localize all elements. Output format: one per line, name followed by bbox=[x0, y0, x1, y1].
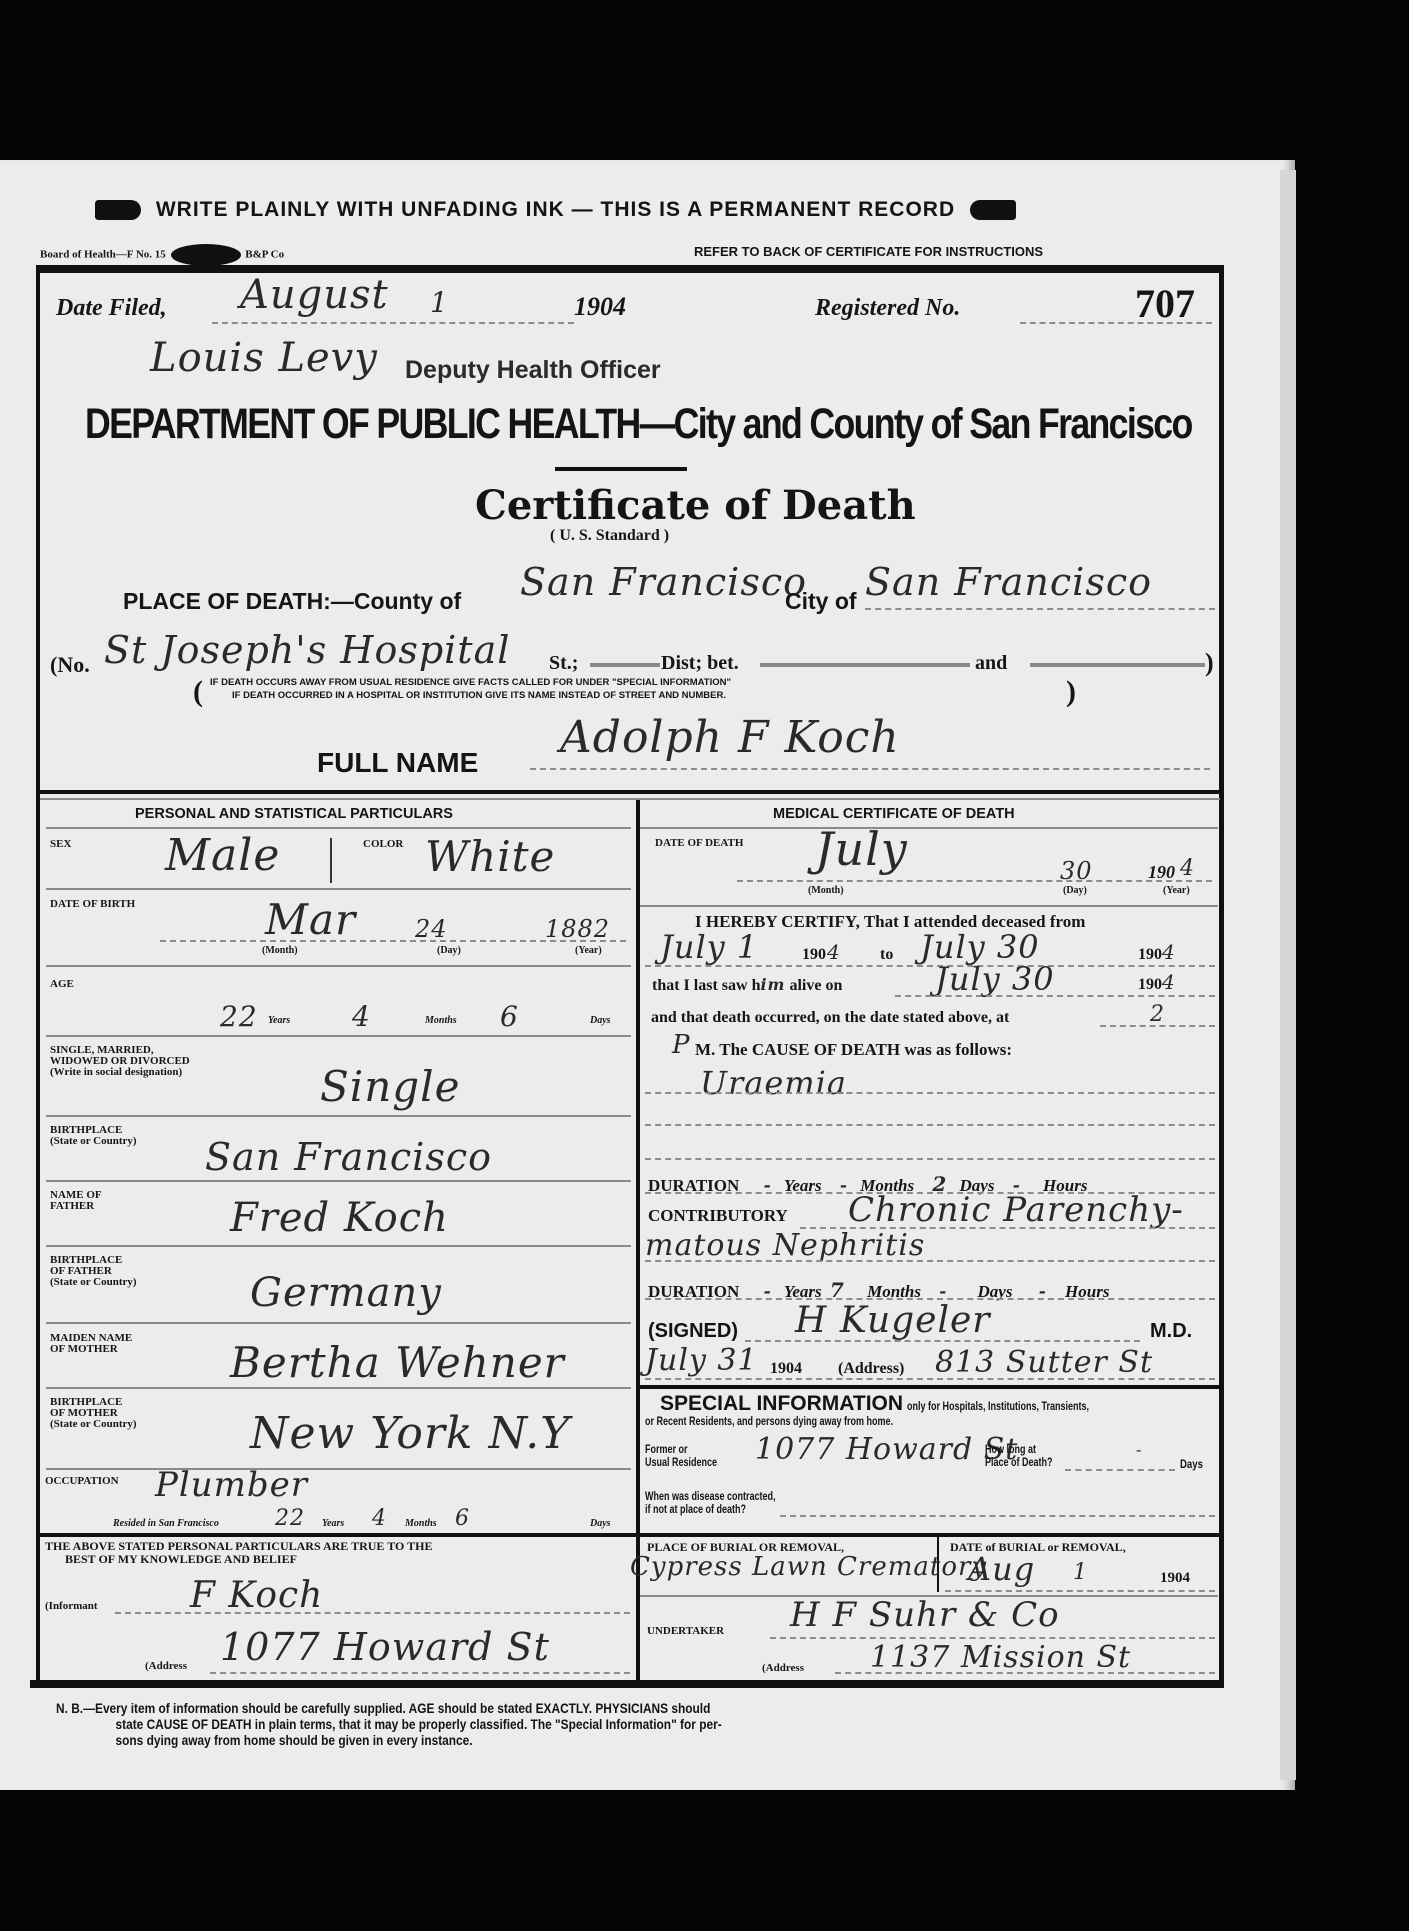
father-label-2: FATHER bbox=[50, 1201, 102, 1212]
dob-line bbox=[160, 940, 626, 942]
signed-by: H Kugeler bbox=[795, 1300, 991, 1341]
registered-number: 707 bbox=[1135, 280, 1195, 327]
how-long-days: Days bbox=[1180, 1457, 1203, 1471]
father-bp-label-3: (State or Country) bbox=[50, 1277, 137, 1288]
frame-left bbox=[36, 265, 40, 1685]
date-filed-month: August bbox=[240, 272, 389, 318]
mother-birthplace-value: New York N.Y bbox=[250, 1408, 570, 1459]
dod-month: July bbox=[815, 822, 908, 876]
from-year-suffix: 4 bbox=[827, 940, 841, 964]
footnote-line-1: N. B.—Every item of information should b… bbox=[56, 1700, 722, 1716]
note-close-paren: ) bbox=[1066, 675, 1076, 709]
street-line bbox=[590, 663, 660, 667]
last-saw-line bbox=[895, 995, 1215, 997]
medical-end-rule bbox=[640, 1385, 1222, 1389]
personal-heading: PERSONAL AND STATISTICAL PARTICULARS bbox=[135, 806, 453, 822]
row-line bbox=[46, 1322, 631, 1324]
physician-line bbox=[645, 1378, 1215, 1380]
last-saw-text: that I last saw h bbox=[652, 977, 760, 994]
row-line bbox=[46, 888, 631, 890]
contracted-label: When was disease contracted, if not at p… bbox=[645, 1490, 776, 1516]
dob-label: DATE OF BIRTH bbox=[50, 898, 135, 910]
mother-label-2: OF MOTHER bbox=[50, 1344, 132, 1355]
date-filed-day: 1 bbox=[430, 286, 449, 319]
row-line bbox=[46, 1245, 631, 1247]
attestation: THE ABOVE STATED PERSONAL PARTICULARS AR… bbox=[45, 1540, 432, 1566]
dob-day-caption: (Day) bbox=[437, 945, 461, 956]
sex-color-divider bbox=[330, 838, 332, 883]
informant-line bbox=[115, 1612, 630, 1614]
registered-label: Registered No. bbox=[815, 295, 960, 322]
residence-label-2: Usual Residence bbox=[645, 1456, 717, 1469]
sex-value: Male bbox=[165, 830, 280, 881]
mother-bp-label-3: (State or Country) bbox=[50, 1419, 137, 1430]
special-note-1: only for Hospitals, Institutions, Transi… bbox=[907, 1399, 1089, 1413]
place-institution: St Joseph's Hospital bbox=[104, 628, 510, 672]
medical-heading: MEDICAL CERTIFICATE OF DEATH bbox=[773, 806, 1015, 822]
father-birthplace-value: Germany bbox=[250, 1270, 442, 1316]
informant-address-label: (Address bbox=[145, 1660, 187, 1672]
last-year-suffix: 4 bbox=[1162, 970, 1176, 994]
city-line bbox=[865, 608, 1215, 610]
alive-on-text: alive on bbox=[789, 977, 842, 994]
dod-day-caption: (Day) bbox=[1063, 885, 1087, 896]
special-note-2: or Recent Residents, and persons dying a… bbox=[645, 1414, 893, 1428]
burial-date-line bbox=[945, 1590, 1215, 1592]
cause-line-2 bbox=[645, 1124, 1215, 1126]
section-rule bbox=[40, 790, 1220, 794]
instructions-note: REFER TO BACK OF CERTIFICATE FOR INSTRUC… bbox=[694, 244, 1043, 259]
age-months-caption: Months bbox=[425, 1015, 457, 1026]
residence-note-1: IF DEATH OCCURS AWAY FROM USUAL RESIDENC… bbox=[210, 677, 731, 688]
attended-from: July 1 bbox=[660, 928, 758, 966]
contracted-line bbox=[780, 1515, 1215, 1517]
street-label: St.; bbox=[549, 652, 578, 675]
how-long-value: - bbox=[1136, 1440, 1142, 1459]
row-line bbox=[46, 827, 631, 829]
resided-months: 4 bbox=[372, 1506, 387, 1531]
special-heading: SPECIAL INFORMATION bbox=[660, 1392, 903, 1415]
place-city: San Francisco bbox=[865, 560, 1152, 604]
age-days: 6 bbox=[500, 1000, 519, 1033]
close-paren: ) bbox=[1205, 648, 1214, 678]
row-line bbox=[640, 827, 1218, 829]
residence-note-2: IF DEATH OCCURRED IN A HOSPITAL OR INSTI… bbox=[232, 690, 726, 701]
age-months: 4 bbox=[352, 1000, 371, 1033]
hour-line bbox=[1100, 1025, 1215, 1027]
form-id-left: Board of Health—F No. 15 bbox=[40, 249, 166, 261]
row-line bbox=[46, 965, 631, 967]
frame-right bbox=[1219, 265, 1224, 1685]
birthplace-label: BIRTHPLACE (State or Country) bbox=[50, 1125, 137, 1147]
dob-month-caption: (Month) bbox=[262, 945, 298, 956]
row-line bbox=[46, 1115, 631, 1117]
signed-line bbox=[745, 1340, 1140, 1342]
marital-label: SINGLE, MARRIED, WIDOWED OR DIVORCED (Wr… bbox=[50, 1045, 190, 1078]
how-long-label: How long at Place of Death? bbox=[985, 1443, 1053, 1469]
contributory-1: Chronic Parenchy- bbox=[848, 1190, 1184, 1230]
sex-label: SEX bbox=[50, 838, 71, 850]
row-line bbox=[46, 1180, 631, 1182]
place-county: San Francisco bbox=[520, 560, 807, 604]
dob-year-caption: (Year) bbox=[575, 945, 602, 956]
undertaker-value: H F Suhr & Co bbox=[790, 1595, 1060, 1635]
age-years: 22 bbox=[220, 1000, 258, 1033]
cause-line-3 bbox=[645, 1158, 1215, 1160]
pointing-hand-icon bbox=[970, 200, 1016, 220]
resided-years: 22 bbox=[275, 1506, 305, 1531]
personal-end-rule bbox=[40, 1533, 636, 1537]
undertaker-address: 1137 Mission St bbox=[870, 1640, 1131, 1675]
signed-date: July 31 bbox=[645, 1343, 758, 1378]
frame-bottom bbox=[30, 1680, 1224, 1688]
burial-place: Cypress Lawn Crematory bbox=[630, 1552, 987, 1582]
birthplace-label-2: (State or Country) bbox=[50, 1136, 137, 1147]
banner: WRITE PLAINLY WITH UNFADING INK — THIS I… bbox=[95, 198, 1016, 222]
frame-top bbox=[36, 265, 1223, 273]
to-label: to bbox=[880, 946, 893, 964]
attest-line-2: BEST OF MY KNOWLEDGE AND BELIEF bbox=[45, 1553, 432, 1566]
occupation-label: OCCUPATION bbox=[45, 1475, 119, 1487]
special-heading-row: SPECIAL INFORMATION only for Hospitals, … bbox=[660, 1392, 1150, 1416]
birthplace-value: San Francisco bbox=[205, 1135, 492, 1179]
former-residence: 1077 Howard St bbox=[755, 1432, 1018, 1467]
meridian: P bbox=[672, 1030, 691, 1060]
informant-label: (Informant bbox=[45, 1600, 98, 1612]
occupation-value: Plumber bbox=[155, 1465, 308, 1505]
dod-line bbox=[737, 880, 1212, 882]
row-line bbox=[46, 1387, 631, 1389]
registered-line bbox=[1020, 322, 1212, 324]
dod-year-caption: (Year) bbox=[1163, 885, 1190, 896]
pointing-hand-icon bbox=[95, 200, 141, 220]
undertaker-line bbox=[770, 1637, 1215, 1639]
union-seal-icon bbox=[171, 244, 241, 266]
city-label: City of bbox=[785, 588, 857, 615]
standard-subtitle: ( U. S. Standard ) bbox=[550, 527, 669, 545]
dod-label: DATE OF DEATH bbox=[655, 837, 743, 849]
title-rule bbox=[555, 467, 687, 471]
dob-year: 1882 bbox=[545, 915, 610, 943]
resided-years-caption: Years bbox=[322, 1518, 344, 1529]
how-long-label-2: Place of Death? bbox=[985, 1456, 1053, 1469]
informant-address: 1077 Howard St bbox=[220, 1625, 550, 1669]
footnote-line-2: state CAUSE OF DEATH in plain terms, tha… bbox=[56, 1716, 722, 1732]
physician-address: 813 Sutter St bbox=[935, 1345, 1153, 1380]
last-saw-pronoun: im bbox=[760, 975, 785, 994]
mother-label: MAIDEN NAME OF MOTHER bbox=[50, 1333, 132, 1355]
footnote-line-3: sons dying away from home should be give… bbox=[56, 1732, 722, 1748]
certificate-title: Certificate of Death bbox=[475, 482, 916, 529]
cause-line-1 bbox=[645, 1092, 1215, 1094]
dod-month-caption: (Month) bbox=[808, 885, 844, 896]
last-saw-label: that I last saw him alive on bbox=[652, 975, 842, 995]
resided-days-caption: Days bbox=[590, 1518, 611, 1529]
occurred-text: and that death occurred, on the date sta… bbox=[651, 1009, 1009, 1027]
last-year-prefix: 190 bbox=[1138, 976, 1162, 994]
resided-days: 6 bbox=[455, 1506, 470, 1531]
dod-year-suffix: 4 bbox=[1180, 856, 1195, 881]
to-year-suffix: 4 bbox=[1162, 940, 1176, 964]
md-label: M.D. bbox=[1150, 1320, 1192, 1343]
banner-text: WRITE PLAINLY WITH UNFADING INK — THIS I… bbox=[156, 198, 955, 221]
signed-label: (SIGNED) bbox=[648, 1320, 738, 1343]
color-label: COLOR bbox=[363, 838, 403, 850]
full-name-label: FULL NAME bbox=[317, 747, 478, 779]
age-label: AGE bbox=[50, 978, 74, 990]
color-value: White bbox=[425, 832, 555, 881]
special-end-rule bbox=[640, 1533, 1222, 1537]
date-filed-line bbox=[212, 322, 574, 324]
officer-signature: Louis Levy bbox=[150, 335, 378, 381]
residence-label: Former or Usual Residence bbox=[645, 1443, 717, 1469]
burial-month: Aug bbox=[968, 1550, 1035, 1588]
burial-day: 1 bbox=[1073, 1560, 1088, 1585]
age-days-caption: Days bbox=[590, 1015, 611, 1026]
place-of-death-label: PLACE OF DEATH:—County of bbox=[123, 588, 461, 615]
cause-text: M. The CAUSE OF DEATH was as follows: bbox=[695, 1040, 1012, 1060]
district-line bbox=[760, 663, 970, 667]
full-name-value: Adolph F Koch bbox=[560, 712, 900, 763]
marital-value: Single bbox=[320, 1062, 460, 1111]
form-id-right: B&P Co bbox=[245, 249, 284, 261]
date-filed-year: 1904 bbox=[574, 292, 626, 322]
undertaker-label: UNDERTAKER bbox=[647, 1625, 724, 1637]
form-id: Board of Health—F No. 15 B&P Co bbox=[40, 244, 284, 266]
department-title: DEPARTMENT OF PUBLIC HEALTH—City and Cou… bbox=[85, 400, 1192, 449]
informant-address-line bbox=[210, 1672, 630, 1674]
contributory-label: CONTRIBUTORY bbox=[648, 1206, 788, 1226]
father-value: Fred Koch bbox=[230, 1195, 449, 1241]
paper-edge bbox=[1280, 170, 1296, 1780]
note-open-paren: ( bbox=[193, 675, 203, 709]
contributory-line-2 bbox=[645, 1260, 1215, 1262]
resided-months-caption: Months bbox=[405, 1518, 437, 1529]
last-saw-date: July 30 bbox=[935, 960, 1055, 998]
father-birthplace-label: BIRTHPLACE OF FATHER (State or Country) bbox=[50, 1255, 137, 1288]
no-label: (No. bbox=[50, 652, 90, 678]
date-filed-label: Date Filed, bbox=[56, 295, 167, 322]
signed-year: 1904 bbox=[770, 1360, 802, 1378]
undertaker-address-line bbox=[835, 1672, 1215, 1674]
death-hour: 2 bbox=[1150, 1002, 1165, 1027]
resided-label: Resided in San Francisco bbox=[113, 1518, 219, 1529]
age-years-caption: Years bbox=[268, 1015, 290, 1026]
mother-birthplace-label: BIRTHPLACE OF MOTHER (State or Country) bbox=[50, 1397, 137, 1430]
and-line bbox=[1030, 663, 1205, 667]
dob-day: 24 bbox=[415, 915, 448, 943]
and-label: and bbox=[975, 652, 1007, 675]
attended-line bbox=[645, 965, 1215, 967]
undertaker-address-label: (Address bbox=[762, 1662, 804, 1674]
father-label: NAME OF FATHER bbox=[50, 1190, 102, 1212]
footnote: N. B.—Every item of information should b… bbox=[56, 1700, 722, 1748]
section-rule-2 bbox=[40, 798, 1220, 800]
burial-year: 1904 bbox=[1160, 1570, 1190, 1587]
contracted-label-2: if not at place of death? bbox=[645, 1503, 776, 1516]
physician-address-label: (Address) bbox=[838, 1360, 904, 1378]
row-line bbox=[46, 1035, 631, 1037]
contributory-2: matous Nephritis bbox=[645, 1228, 925, 1263]
officer-title: Deputy Health Officer bbox=[405, 356, 661, 385]
district-label: Dist; bet. bbox=[661, 652, 739, 675]
cause-value: Uraemia bbox=[700, 1064, 847, 1102]
marital-label-3: (Write in social designation) bbox=[50, 1067, 190, 1078]
full-name-line bbox=[530, 768, 1210, 770]
from-year-prefix: 190 bbox=[802, 946, 826, 964]
mother-value: Bertha Wehner bbox=[230, 1338, 565, 1387]
to-year-prefix: 190 bbox=[1138, 946, 1162, 964]
informant-value: F Koch bbox=[190, 1575, 323, 1616]
row-line bbox=[640, 905, 1218, 907]
row-line bbox=[46, 1468, 631, 1470]
how-long-line bbox=[1065, 1469, 1175, 1471]
dob-month: Mar bbox=[265, 895, 356, 944]
